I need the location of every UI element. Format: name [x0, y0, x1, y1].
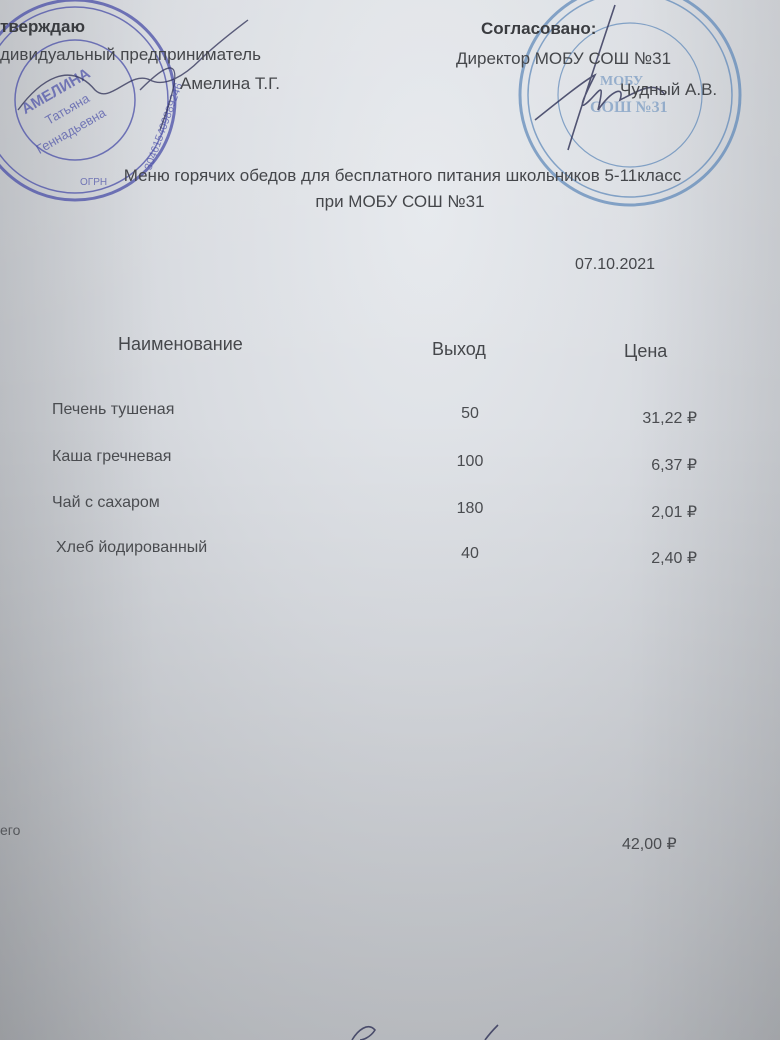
- column-header-yield: Выход: [432, 339, 486, 360]
- row-name: Печень тушеная: [52, 401, 174, 419]
- total-label: его: [0, 822, 20, 838]
- approval-role: дивидуальный предприниматель: [0, 45, 261, 65]
- document-date: 07.10.2021: [575, 256, 655, 274]
- row-price: 6,37 ₽: [607, 455, 697, 475]
- column-header-price: Цена: [624, 341, 667, 362]
- row-yield: 50: [440, 405, 500, 423]
- svg-text:СОШ №31: СОШ №31: [590, 99, 668, 116]
- row-yield: 180: [440, 500, 500, 518]
- document-subtitle: при МОБУ СОШ №31: [0, 192, 780, 212]
- column-header-name: Наименование: [118, 334, 243, 355]
- svg-text:АМЕЛИНА: АМЕЛИНА: [19, 65, 94, 118]
- svg-text:Татьяна: Татьяна: [43, 90, 93, 128]
- row-yield: 40: [440, 545, 500, 563]
- agreement-role: Директор МОБУ СОШ №31: [456, 49, 671, 69]
- svg-text:Геннадьевна: Геннадьевна: [33, 105, 109, 157]
- agreement-name: Чудный А.В.: [620, 80, 717, 100]
- agreement-title: Согласовано:: [481, 19, 596, 39]
- row-name: Хлеб йодированный: [56, 539, 207, 557]
- document-title: Меню горячих обедов для бесплатного пита…: [0, 166, 780, 186]
- row-price: 2,40 ₽: [607, 548, 697, 568]
- row-yield: 100: [440, 453, 500, 471]
- row-name: Чай с сахаром: [52, 494, 160, 512]
- approval-title: тверждаю: [0, 17, 85, 37]
- row-price: 31,22 ₽: [607, 408, 697, 428]
- row-price: 2,01 ₽: [607, 502, 697, 522]
- svg-text:304615409889246: 304615409889246: [143, 81, 186, 171]
- row-name: Каша гречневая: [52, 448, 171, 466]
- bottom-signature-icon: [352, 1025, 498, 1040]
- total-value: 42,00 ₽: [622, 834, 677, 854]
- approval-name: Амелина Т.Г.: [180, 74, 280, 94]
